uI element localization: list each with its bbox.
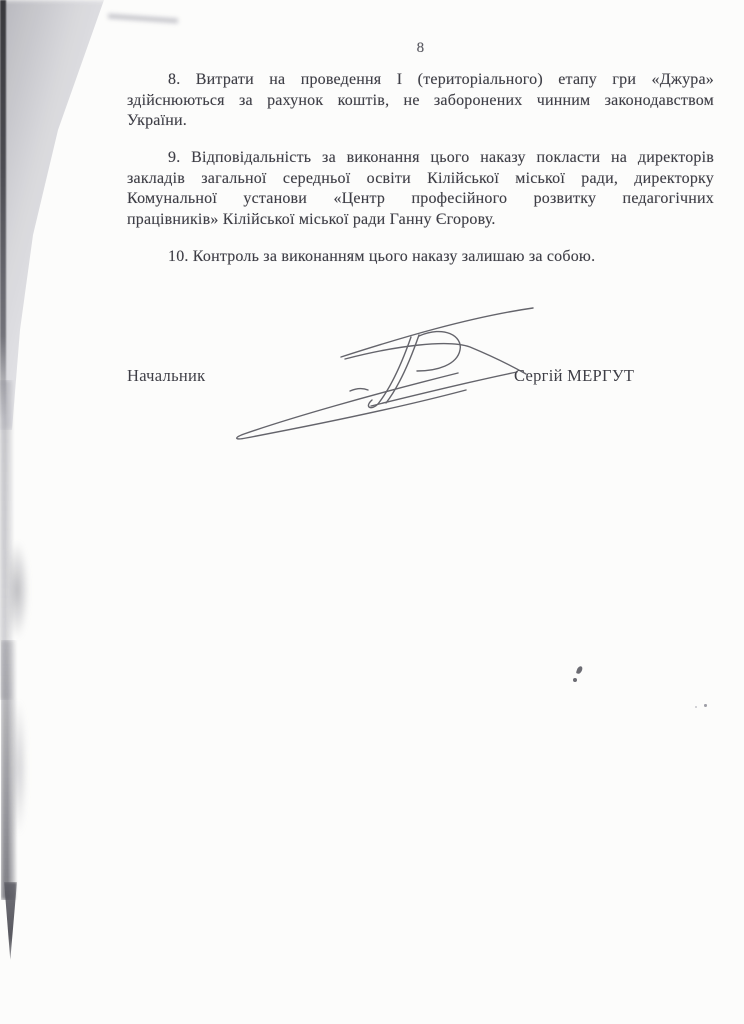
- signature-stroke: [341, 308, 533, 357]
- paragraph-line: закладів загальної середньої освіти Кілі…: [127, 169, 714, 190]
- ink-speck: [573, 678, 577, 682]
- scan-smudge: [13, 700, 27, 835]
- scan-smudge: [9, 540, 29, 640]
- paragraph-line: 8. Витрати на проведення І (територіальн…: [127, 70, 714, 91]
- paragraph-line: 10. Контроль за виконанням цього наказу …: [127, 247, 714, 268]
- signature-stroke: [350, 389, 368, 391]
- signer-role-title: Начальник: [127, 366, 205, 386]
- paragraph-line: Комунальної установи «Центр професійного…: [127, 189, 714, 210]
- paragraph-line: 9. Відповідальність за виконання цього н…: [127, 148, 714, 169]
- signature-stroke: [368, 400, 378, 408]
- page-number: 8: [127, 40, 714, 57]
- scan-edge-dark-strip: [0, 0, 6, 420]
- scan-edge-tail: [3, 882, 17, 960]
- scan-shadow-wedge: [0, 0, 110, 430]
- ink-speck: [576, 665, 583, 674]
- order-paragraph-8: 8. Витрати на проведення І (територіальн…: [127, 70, 714, 132]
- paragraph-line: України.: [127, 111, 714, 132]
- paragraph-line: працівників» Кілійської міської ради Ган…: [127, 210, 714, 231]
- order-paragraph-10: 10. Контроль за виконанням цього наказу …: [127, 247, 714, 268]
- scan-streak: [108, 14, 178, 24]
- paragraph-line: здійснюються за рахунок коштів, не забор…: [127, 91, 714, 112]
- handwritten-signature: [220, 295, 550, 450]
- scanned-document-page: 8 8. Витрати на проведення І (територіал…: [0, 0, 744, 1024]
- ink-speck: [695, 706, 697, 708]
- signature-stroke: [417, 332, 460, 371]
- ink-speck: [704, 704, 707, 707]
- order-paragraph-9: 9. Відповідальність за виконання цього н…: [127, 148, 714, 230]
- signature-stroke: [237, 373, 466, 439]
